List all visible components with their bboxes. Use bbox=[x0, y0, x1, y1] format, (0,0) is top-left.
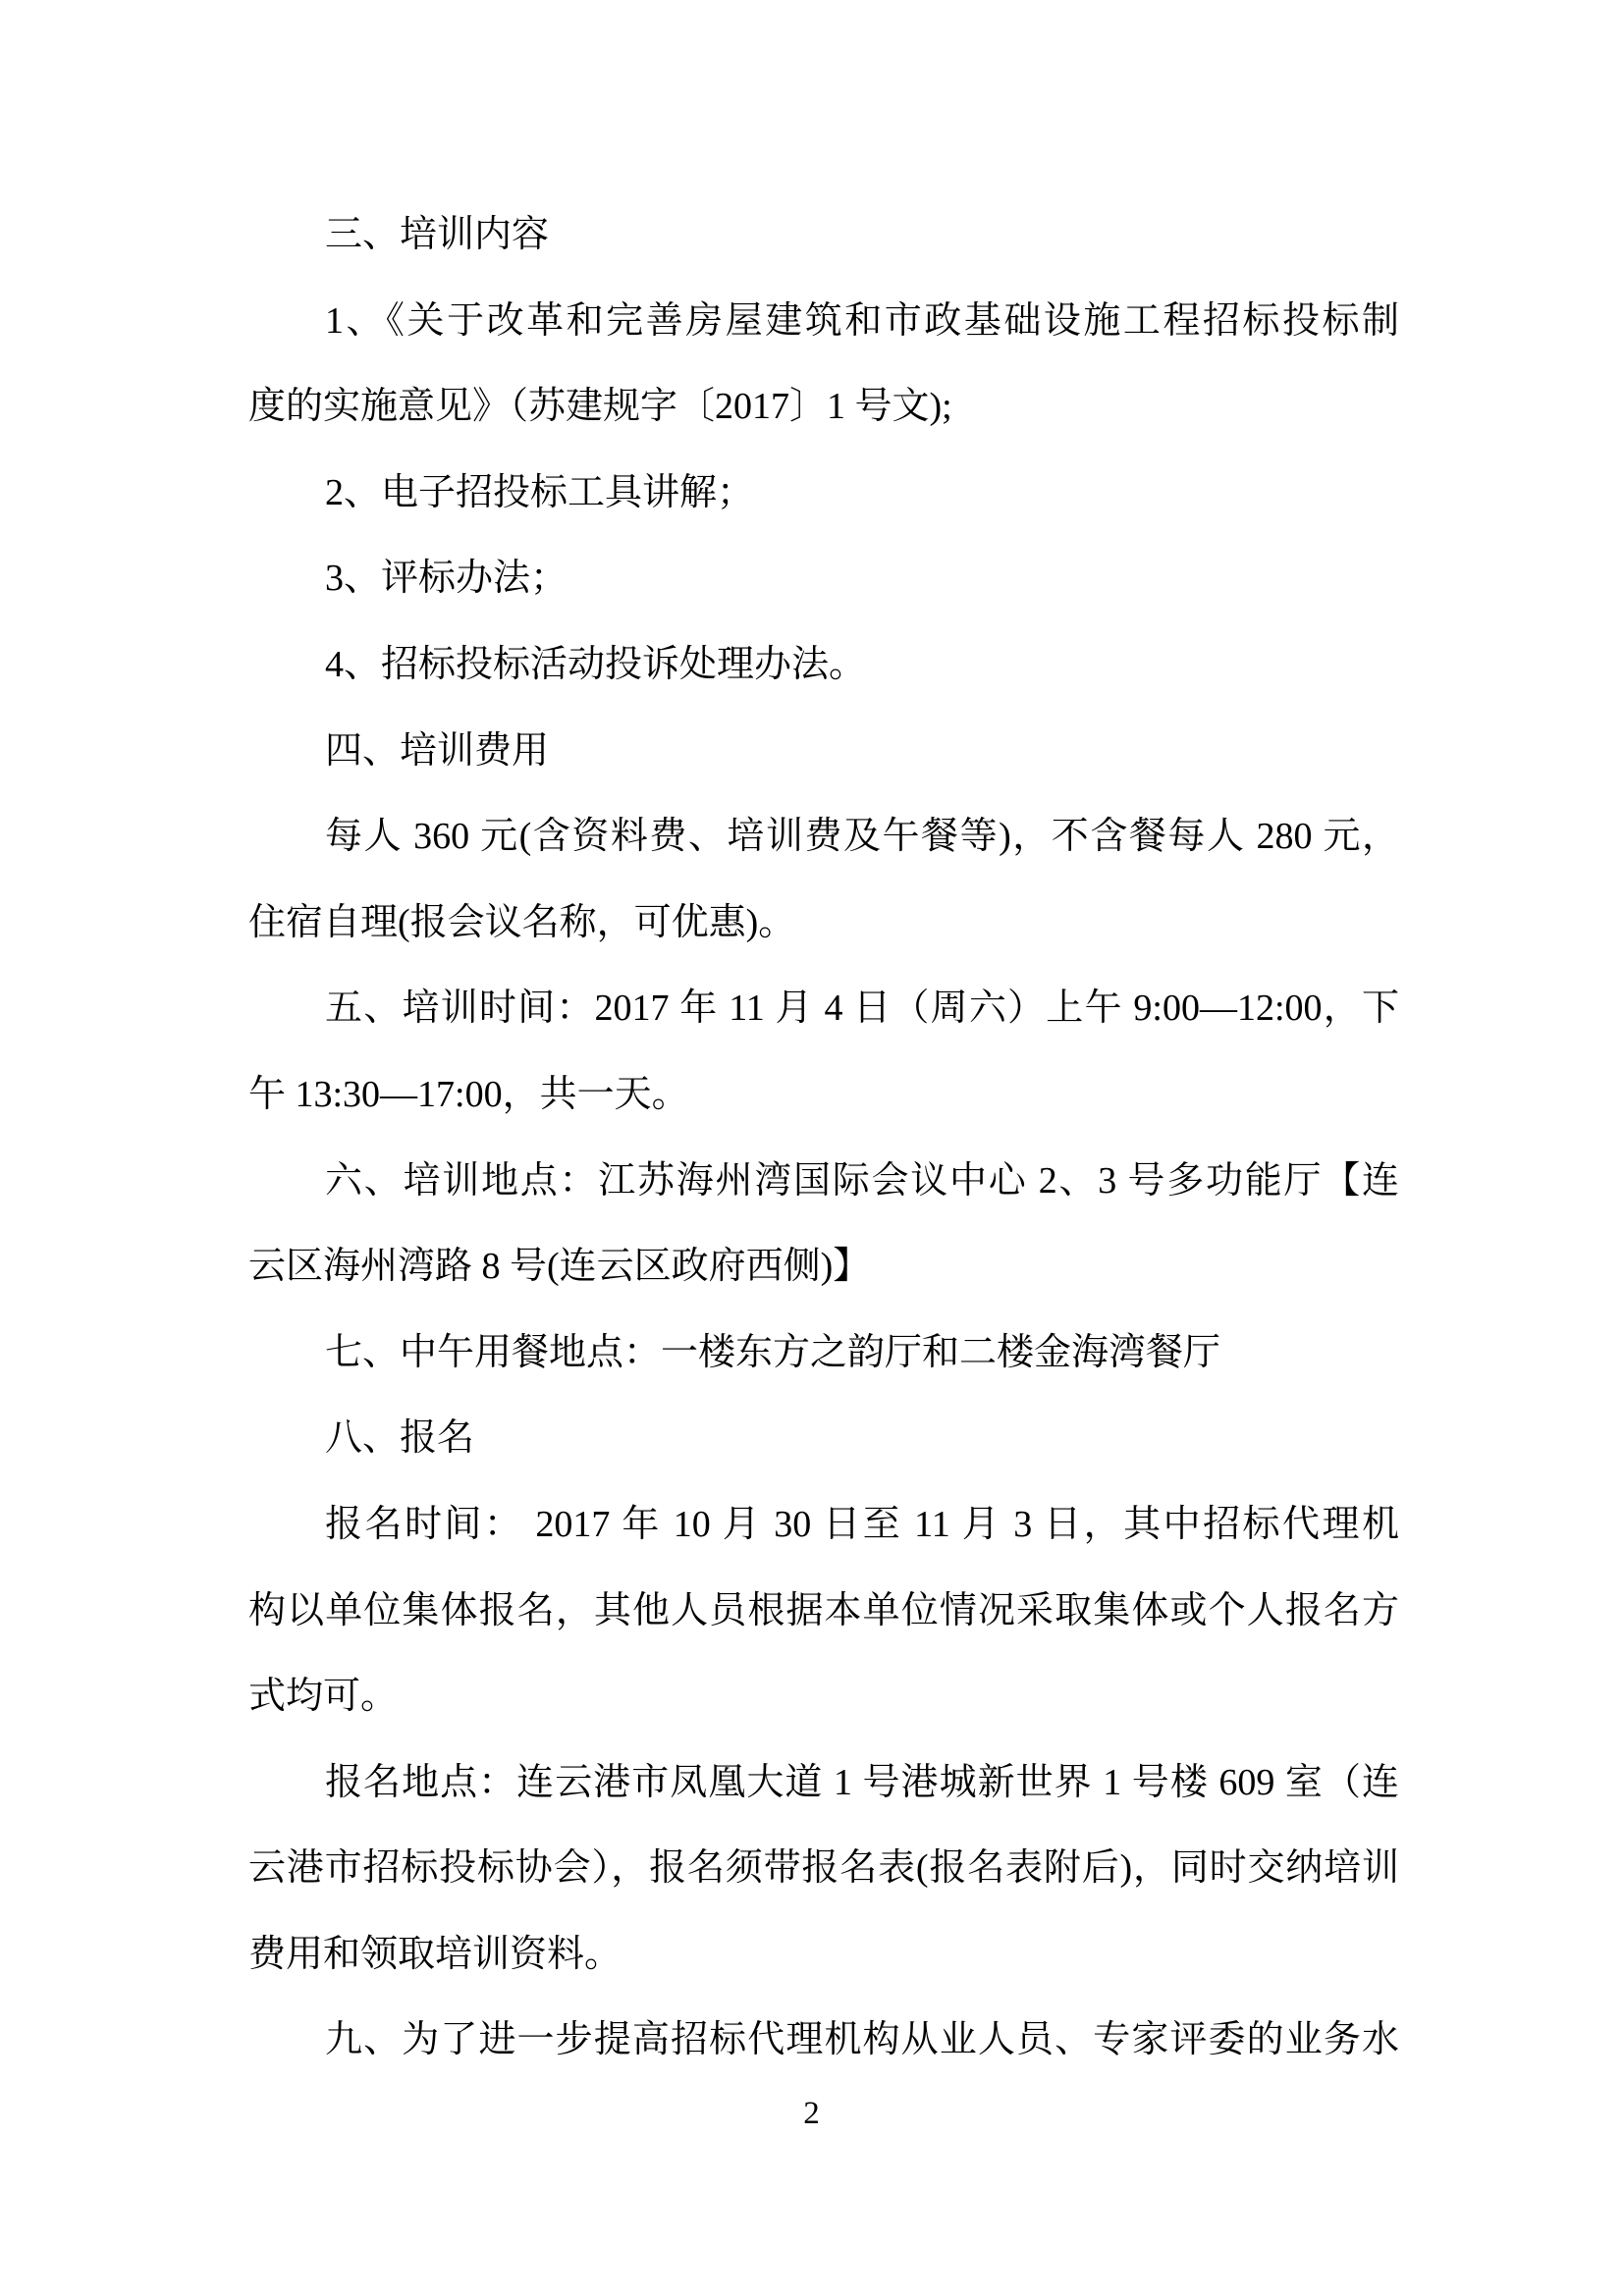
document-body: 三、培训内容 1、《关于改革和完善房屋建筑和市政基础设施工程招标投标制 度的实施… bbox=[248, 192, 1399, 2084]
doc-line: 报名时间： 2017 年 10 月 30 日至 11 月 3 日，其中招标代理机 bbox=[248, 1482, 1399, 1569]
doc-line: 云区海州湾路 8 号(连云区政府西侧)】 bbox=[248, 1224, 1399, 1310]
doc-line: 每人 360 元(含资料费、培训费及午餐等)，不含餐每人 280 元， bbox=[248, 794, 1399, 881]
doc-line: 3、评标办法； bbox=[248, 536, 1399, 622]
doc-line: 五、培训时间：2017 年 11 月 4 日（周六）上午 9:00—12:00，… bbox=[248, 966, 1399, 1052]
doc-line: 九、为了进一步提高招标代理机构从业人员、专家评委的业务水 bbox=[248, 1998, 1399, 2084]
doc-line: 八、报名 bbox=[248, 1396, 1399, 1482]
doc-line: 午 13:30—17:00，共一天。 bbox=[248, 1052, 1399, 1139]
doc-line: 报名地点：连云港市凤凰大道 1 号港城新世界 1 号楼 609 室（连 bbox=[248, 1740, 1399, 1827]
doc-line: 七、中午用餐地点：一楼东方之韵厅和二楼金海湾餐厅 bbox=[248, 1310, 1399, 1397]
doc-line: 云港市招标投标协会），报名须带报名表(报名表附后)，同时交纳培训 bbox=[248, 1826, 1399, 1912]
doc-line: 构以单位集体报名，其他人员根据本单位情况采取集体或个人报名方 bbox=[248, 1569, 1399, 1655]
doc-line: 4、招标投标活动投诉处理办法。 bbox=[248, 622, 1399, 709]
doc-line: 费用和领取培训资料。 bbox=[248, 1912, 1399, 1999]
doc-line: 1、《关于改革和完善房屋建筑和市政基础设施工程招标投标制 bbox=[248, 279, 1399, 365]
doc-line: 度的实施意见》（苏建规字〔2017〕1 号文); bbox=[248, 364, 1399, 451]
doc-line: 式均可。 bbox=[248, 1654, 1399, 1740]
doc-line: 六、培训地点：江苏海州湾国际会议中心 2、3 号多功能厅【连 bbox=[248, 1139, 1399, 1225]
document-page: 三、培训内容 1、《关于改革和完善房屋建筑和市政基础设施工程招标投标制 度的实施… bbox=[0, 0, 1623, 2296]
doc-line: 住宿自理(报会议名称，可优惠)。 bbox=[248, 881, 1399, 967]
doc-line: 四、培训费用 bbox=[248, 709, 1399, 795]
page-number: 2 bbox=[0, 2089, 1623, 2138]
doc-line: 三、培训内容 bbox=[248, 192, 1399, 279]
doc-line: 2、电子招投标工具讲解； bbox=[248, 451, 1399, 537]
